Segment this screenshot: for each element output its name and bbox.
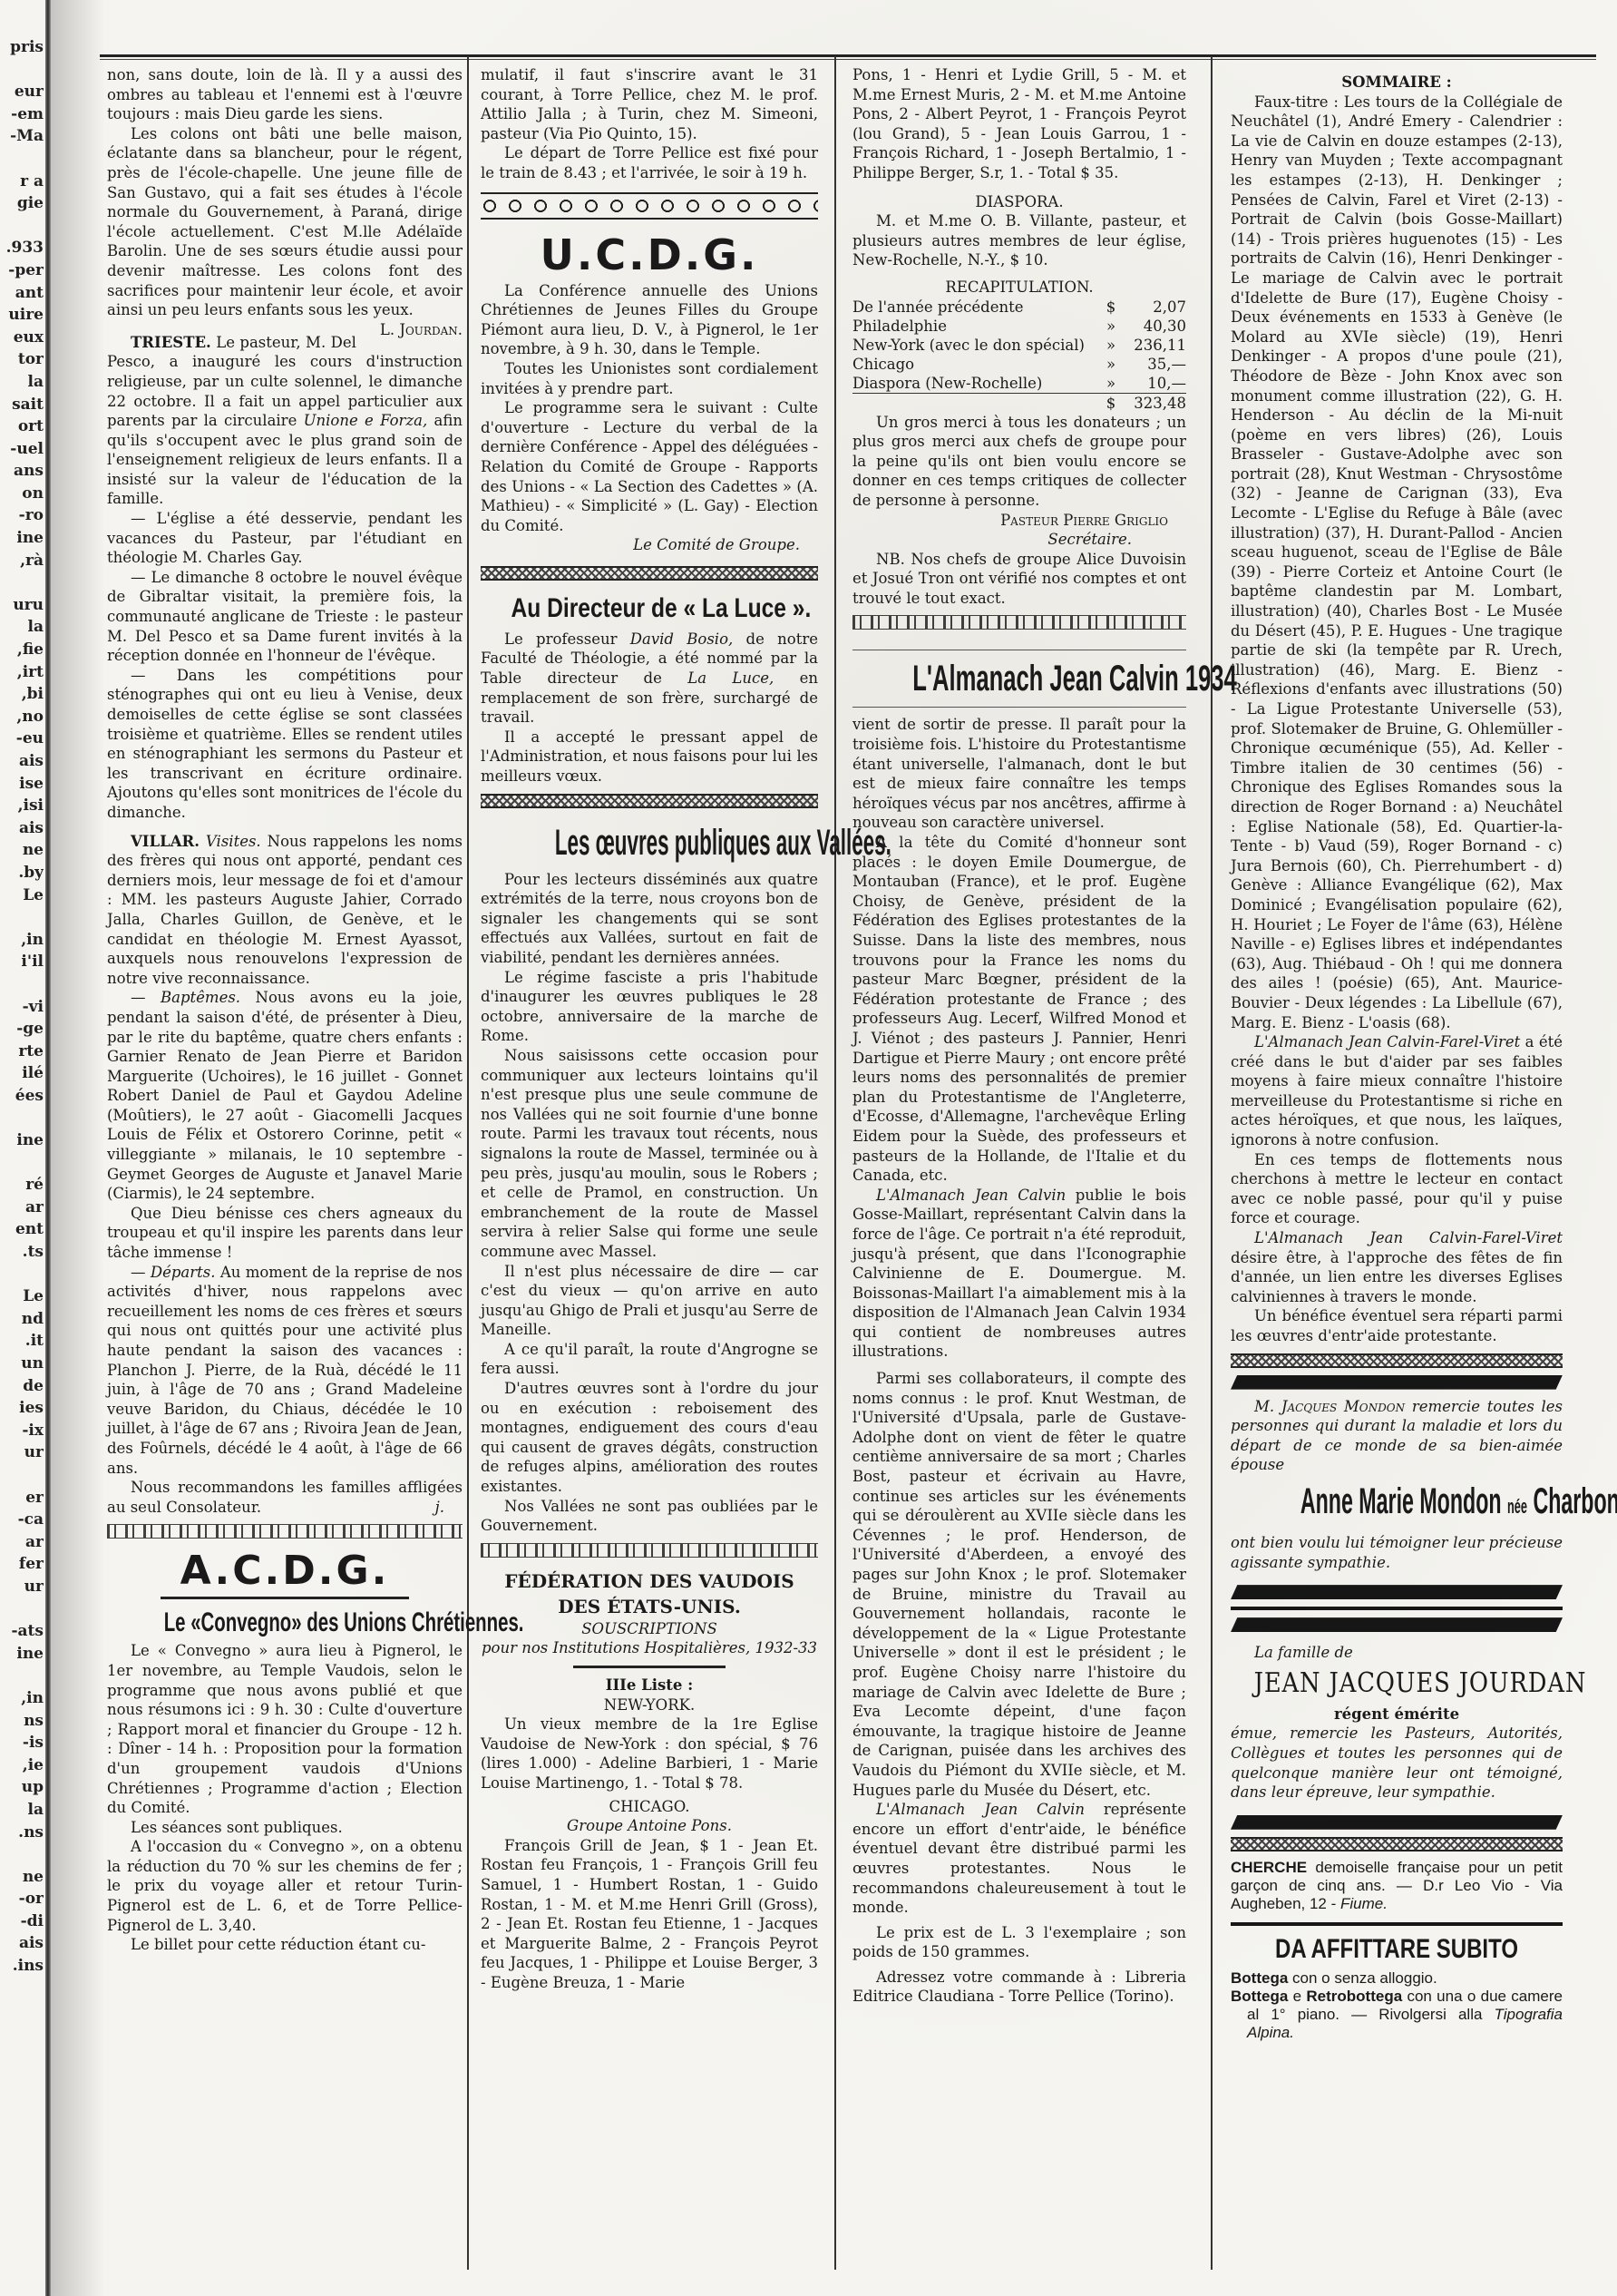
- paragraph: A ce qu'il paraît, la route d'Angrogne s…: [481, 1340, 818, 1379]
- header-rule-thin: [100, 59, 1596, 60]
- column-3: Pons, 1 - Henri et Lydie Grill, 5 - M. e…: [852, 65, 1186, 2007]
- bleed-fragment: eur: [0, 81, 44, 103]
- bleed-fragment: ur: [0, 1441, 44, 1464]
- deceased-name: Anne Marie Mondon née Charbonnier: [1300, 1475, 1493, 1533]
- bleed-fragment: eu-: [0, 728, 44, 750]
- paragraph: Un bénéfice éventuel sera réparti parmi …: [1231, 1306, 1563, 1345]
- black-bar: [1231, 1815, 1563, 1830]
- ornamental-divider: [481, 566, 818, 581]
- bleed-fragment: ais: [0, 750, 44, 773]
- paragraph: Nous saisissons cette occasion pour comm…: [481, 1046, 818, 1262]
- place-label: VILLAR.: [131, 833, 200, 850]
- paragraph: A l'occasion du « Convegno », on a obten…: [107, 1837, 463, 1935]
- signature: j.: [412, 1498, 463, 1518]
- city-heading: CHICAGO.: [481, 1797, 818, 1817]
- bleed-fragment: uru: [0, 594, 44, 617]
- column-1: non, sans doute, loin de là. Il y a auss…: [107, 65, 463, 1955]
- bleed-fragment: ix-: [0, 1420, 44, 1442]
- notice-intro: La famille de: [1231, 1643, 1563, 1663]
- place-label: TRIESTE.: [131, 334, 211, 351]
- bleed-fragment: ais: [0, 1932, 44, 1955]
- deceased-name: JEAN JACQUES JOURDAN: [1254, 1663, 1540, 1705]
- notice-text: ont bien voulu lui témoigner leur précie…: [1231, 1533, 1563, 1572]
- bleed-fragment: eux: [0, 327, 44, 349]
- paragraph: — Départs. Au moment de la reprise de no…: [107, 1263, 463, 1479]
- paragraph: — L'église a été desservie, pendant les …: [107, 509, 463, 568]
- ornamental-divider: [1231, 1837, 1563, 1851]
- classified-ad: Bottega con o senza alloggio.: [1231, 1969, 1563, 1988]
- ornamental-divider: [852, 615, 1186, 630]
- paragraph: La Conférence annuelle des Unions Chréti…: [481, 281, 818, 359]
- bleed-fragment: [0, 1108, 44, 1130]
- bleed-fragment: uire: [0, 304, 44, 327]
- section-title-acdg: A.C.D.G.: [107, 1546, 463, 1597]
- paragraph: Pons, 1 - Henri et Lydie Grill, 5 - M. e…: [852, 65, 1186, 183]
- bleed-fragment: ies: [0, 1397, 44, 1420]
- bleed-fragment: rà,: [0, 550, 44, 572]
- villar-item: VILLAR. Visites. Nous rappelons les noms…: [107, 832, 463, 989]
- paragraph: Il a accepté le pressant appel de l'Admi…: [481, 728, 818, 787]
- deceased-title: régent émérite: [1231, 1705, 1563, 1724]
- classified-ad: CHERCHE demoiselle française pour un pet…: [1231, 1859, 1563, 1913]
- paragraph: Le départ de Torre Pellice est fixé pour…: [481, 143, 818, 182]
- paragraph: Parmi ses collaborateurs, il compte des …: [852, 1369, 1186, 1800]
- notice-text: M. Jacques Mondon remercie toutes les pe…: [1231, 1397, 1563, 1475]
- bleed-fragment: [0, 59, 44, 82]
- bleed-fragment: ilé: [0, 1062, 44, 1085]
- bleed-fragment: rte: [0, 1041, 44, 1063]
- title-underline: [161, 1597, 409, 1599]
- bleed-fragment: it.: [0, 1330, 44, 1353]
- bleed-fragment: ré: [0, 1174, 44, 1197]
- bleed-fragment: in,: [0, 929, 44, 952]
- bleed-fragment: ort: [0, 415, 44, 438]
- bleed-fragment: [0, 1598, 44, 1621]
- column-4: SOMMAIRE : Faux-titre : Les tours de la …: [1231, 65, 1563, 2042]
- recap-table: De l'année précédente$2,07Philadelphie»4…: [852, 298, 1186, 413]
- classified-ad: Bottega e Retrobottega con una o due cam…: [1231, 1988, 1563, 2042]
- ornamental-divider: [1231, 1353, 1563, 1368]
- bleed-fragment: in,: [0, 1687, 44, 1710]
- signature-name: Pasteur Pierre Griglio: [852, 511, 1186, 531]
- bleed-fragment: [0, 906, 44, 929]
- adjacent-page-bleed: pris eurem-Ma- r agie 933.per-antuireeux…: [0, 36, 44, 2296]
- bleed-fragment: [0, 1665, 44, 1687]
- paragraph: vient de sortir de presse. Il paraît pou…: [852, 715, 1186, 833]
- bleed-fragment: by.: [0, 862, 44, 884]
- bleed-fragment: up: [0, 1776, 44, 1799]
- bleed-fragment: no,: [0, 706, 44, 728]
- bleed-fragment: ine: [0, 1129, 44, 1152]
- bleed-fragment: ées: [0, 1085, 44, 1108]
- bleed-fragment: bi,: [0, 683, 44, 706]
- paragraph: Nos Vallées ne sont pas oubliées par le …: [481, 1497, 818, 1536]
- gutter-shadow: [51, 0, 105, 2296]
- paragraph: Le billet pour cette réduction étant cu-: [107, 1935, 463, 1955]
- article-title: DES ÉTATS-UNIS.: [481, 1594, 818, 1619]
- bleed-fragment: irt,: [0, 661, 44, 684]
- bleed-fragment: [0, 1264, 44, 1286]
- paragraph: Les séances sont publiques.: [107, 1818, 463, 1838]
- recap-row: Chicago»35,—: [852, 355, 1186, 374]
- paragraph: D'autres œuvres sont à l'ordre du jour o…: [481, 1379, 818, 1497]
- bleed-fragment: ar: [0, 1197, 44, 1219]
- article-title: Les œuvres publiques aux Vallées.: [555, 816, 744, 870]
- bleed-fragment: ca-: [0, 1509, 44, 1531]
- bleed-fragment: is-: [0, 1732, 44, 1754]
- list-heading: IIIe Liste :: [481, 1676, 818, 1695]
- bleed-fragment: la: [0, 1799, 44, 1822]
- recap-row: Philadelphie»40,30: [852, 317, 1186, 336]
- bleed-fragment: nd: [0, 1308, 44, 1331]
- column-2: mulatif, il faut s'inscrire avant le 31 …: [481, 65, 818, 1993]
- paragraph: Que Dieu bénisse ces chers agneaux du tr…: [107, 1204, 463, 1263]
- paragraph: Toutes les Unionistes sont cordialement …: [481, 359, 818, 398]
- bleed-fragment: pris: [0, 36, 44, 59]
- paragraph: — Le dimanche 8 octobre le nouvel évêque…: [107, 568, 463, 666]
- bleed-fragment: ro-: [0, 504, 44, 527]
- bleed-fragment: isi,: [0, 795, 44, 817]
- bleed-fragment: [0, 215, 44, 238]
- bleed-fragment: or-: [0, 1888, 44, 1910]
- bleed-fragment: ent: [0, 1218, 44, 1241]
- paragraph: L'Almanach Jean Calvin représente encore…: [852, 1800, 1186, 1918]
- paragraph: NB. Nos chefs de groupe Alice Duvoisin e…: [852, 550, 1186, 609]
- notice-text: émue, remercie les Pasteurs, Autorités, …: [1231, 1724, 1563, 1802]
- ornamental-divider: [107, 1524, 463, 1539]
- bleed-fragment: di-: [0, 1910, 44, 1933]
- bleed-fragment: ne: [0, 1866, 44, 1889]
- paragraph: Pour les lecteurs disséminés aux quatre …: [481, 870, 818, 968]
- bleed-fragment: Le: [0, 1285, 44, 1308]
- bleed-fragment: gie: [0, 192, 44, 215]
- bleed-fragment: ais: [0, 817, 44, 840]
- bleed-fragment: de: [0, 1375, 44, 1398]
- trieste-item: TRIESTE. Le pasteur, M. Del Pesco, a ina…: [107, 333, 463, 509]
- signature: Le Comité de Groupe.: [481, 535, 818, 555]
- bleed-fragment: ins.: [0, 1955, 44, 1978]
- bleed-fragment: on: [0, 483, 44, 505]
- bleed-fragment: per-: [0, 259, 44, 282]
- black-rule: [1231, 1607, 1563, 1610]
- recap-row: New-York (avec le don spécial)»236,11: [852, 336, 1186, 355]
- bleed-fragment: ns.: [0, 1822, 44, 1844]
- recap-total-row: $ 323,48: [852, 393, 1186, 413]
- bleed-fragment: ur: [0, 1576, 44, 1598]
- section-heading: RECAPITULATION.: [852, 278, 1186, 298]
- bleed-fragment: ns: [0, 1710, 44, 1733]
- bleed-fragment: ant: [0, 282, 44, 305]
- bleed-fragment: Le: [0, 884, 44, 907]
- bleed-fragment: 933.: [0, 237, 44, 259]
- bleed-fragment: [0, 572, 44, 594]
- bleed-fragment: [0, 1843, 44, 1866]
- column-rule-2: [834, 56, 836, 2270]
- bleed-fragment: ise: [0, 773, 44, 796]
- paragraph: Un gros merci à tous les donateurs ; un …: [852, 413, 1186, 511]
- paragraph: — Baptêmes. Nous avons eu la joie, penda…: [107, 988, 463, 1204]
- bleed-fragment: Ma-: [0, 125, 44, 148]
- paragraph: Adressez votre commande à : Libreria Edi…: [852, 1968, 1186, 2007]
- paragraph: Les colons ont bâti une belle maison, éc…: [107, 124, 463, 320]
- city-heading: NEW-YORK.: [481, 1695, 818, 1715]
- paragraph: François Grill de Jean, $ 1 - Jean Et. R…: [481, 1836, 818, 1993]
- bleed-fragment: ats-: [0, 1620, 44, 1643]
- section-heading: DIASPORA.: [852, 192, 1186, 212]
- recap-row: De l'année précédente$2,07: [852, 298, 1186, 317]
- bleed-fragment: [0, 1152, 44, 1175]
- paragraph: Le régime fasciste a pris l'habitude d'i…: [481, 968, 818, 1046]
- paragraph: Faux-titre : Les tours de la Collégiale …: [1231, 93, 1563, 1033]
- sommaire-heading: SOMMAIRE :: [1231, 73, 1563, 93]
- bleed-fragment: [0, 148, 44, 171]
- bleed-fragment: vi-: [0, 996, 44, 1019]
- bleed-fragment: fer: [0, 1553, 44, 1576]
- article-title: FÉDÉRATION DES VAUDOIS: [481, 1568, 818, 1594]
- signature: L. Jourdan.: [356, 320, 463, 340]
- bleed-fragment: la: [0, 371, 44, 394]
- paragraph: A la tête du Comité d'honneur sont placé…: [852, 833, 1186, 1186]
- bleed-fragment: ts.: [0, 1241, 44, 1264]
- paragraph: Un vieux membre de la 1re Eglise Vaudois…: [481, 1715, 818, 1793]
- bleed-fragment: [0, 973, 44, 996]
- paragraph: En ces temps de flottements nous chercho…: [1231, 1150, 1563, 1228]
- bleed-fragment: em-: [0, 103, 44, 126]
- bleed-fragment: ans: [0, 460, 44, 483]
- ornamental-divider: [481, 794, 818, 808]
- subtitle: SOUSCRIPTIONS: [481, 1619, 818, 1639]
- newspaper-page: pris eurem-Ma- r agie 933.per-antuireeux…: [0, 0, 1617, 2296]
- black-bar: [1231, 1375, 1563, 1390]
- header-rule: [100, 54, 1596, 57]
- bleed-fragment: er: [0, 1487, 44, 1509]
- circles-divider: [481, 192, 818, 220]
- bleed-fragment: ar: [0, 1531, 44, 1554]
- bleed-fragment: la: [0, 616, 44, 639]
- paragraph: L'Almanach Jean Calvin publie le bois Go…: [852, 1186, 1186, 1362]
- paragraph: — Dans les compétitions pour sténographe…: [107, 666, 463, 823]
- black-bar: [1231, 1585, 1563, 1599]
- paragraph: mulatif, il faut s'inscrire avant le 31 …: [481, 65, 818, 143]
- section-title-ucdg: U.C.D.G.: [481, 229, 818, 281]
- bleed-fragment: tor: [0, 348, 44, 371]
- paragraph: Il n'est plus nécessaire de dire — car c…: [481, 1262, 818, 1340]
- paragraph: L'Almanach Jean Calvin-Farel-Viret désir…: [1231, 1228, 1563, 1306]
- bleed-fragment: ie,: [0, 1754, 44, 1777]
- ad-title: DA AFFITTARE SUBITO: [1264, 1930, 1530, 1969]
- bleed-fragment: fie,: [0, 639, 44, 661]
- bleed-fragment: i'il: [0, 951, 44, 973]
- bleed-fragment: ge-: [0, 1018, 44, 1041]
- column-rule-1: [467, 56, 469, 2270]
- paragraph: Nous recommandons les familles affligées…: [107, 1478, 463, 1517]
- bleed-fragment: un: [0, 1353, 44, 1375]
- article-title: Au Directeur de « La Luce ».: [511, 588, 787, 630]
- paragraph: Le professeur David Bosio, de notre Facu…: [481, 630, 818, 728]
- black-bar: [1231, 1617, 1563, 1632]
- ornamental-divider: [481, 1543, 818, 1558]
- bleed-fragment: [0, 1464, 44, 1487]
- bleed-fragment: ine: [0, 1643, 44, 1666]
- paragraph: M. et M.me O. B. Villante, pasteur, et p…: [852, 211, 1186, 270]
- short-rule: [573, 1666, 725, 1668]
- subtitle: pour nos Institutions Hospitalières, 193…: [481, 1638, 818, 1658]
- paragraph: L'Almanach Jean Calvin-Farel-Viret a été…: [1231, 1032, 1563, 1150]
- article-title: L'Almanach Jean Calvin 1934: [912, 650, 1126, 707]
- paragraph: Le programme sera le suivant : Culte d'o…: [481, 398, 818, 535]
- bleed-fragment: ne: [0, 839, 44, 862]
- group-heading: Groupe Antoine Pons.: [481, 1816, 818, 1836]
- paragraph: Le « Convegno » aura lieu à Pignerol, le…: [107, 1641, 463, 1817]
- paragraph: Le prix est de L. 3 l'exemplaire ; son p…: [852, 1923, 1186, 1962]
- bleed-fragment: sait: [0, 394, 44, 416]
- black-rule: [1231, 1922, 1563, 1926]
- column-rule-3: [1211, 56, 1213, 2270]
- paragraph: non, sans doute, loin de là. Il y a auss…: [107, 65, 463, 124]
- signature-role: Secrétaire.: [852, 530, 1186, 550]
- recap-row: Diaspora (New-Rochelle)»10,—: [852, 374, 1186, 394]
- bleed-fragment: uel-: [0, 438, 44, 461]
- bleed-fragment: r a: [0, 171, 44, 193]
- article-title: Le «Convegno» des Unions Chrétiennes.: [164, 1605, 406, 1641]
- bleed-fragment: ine: [0, 527, 44, 550]
